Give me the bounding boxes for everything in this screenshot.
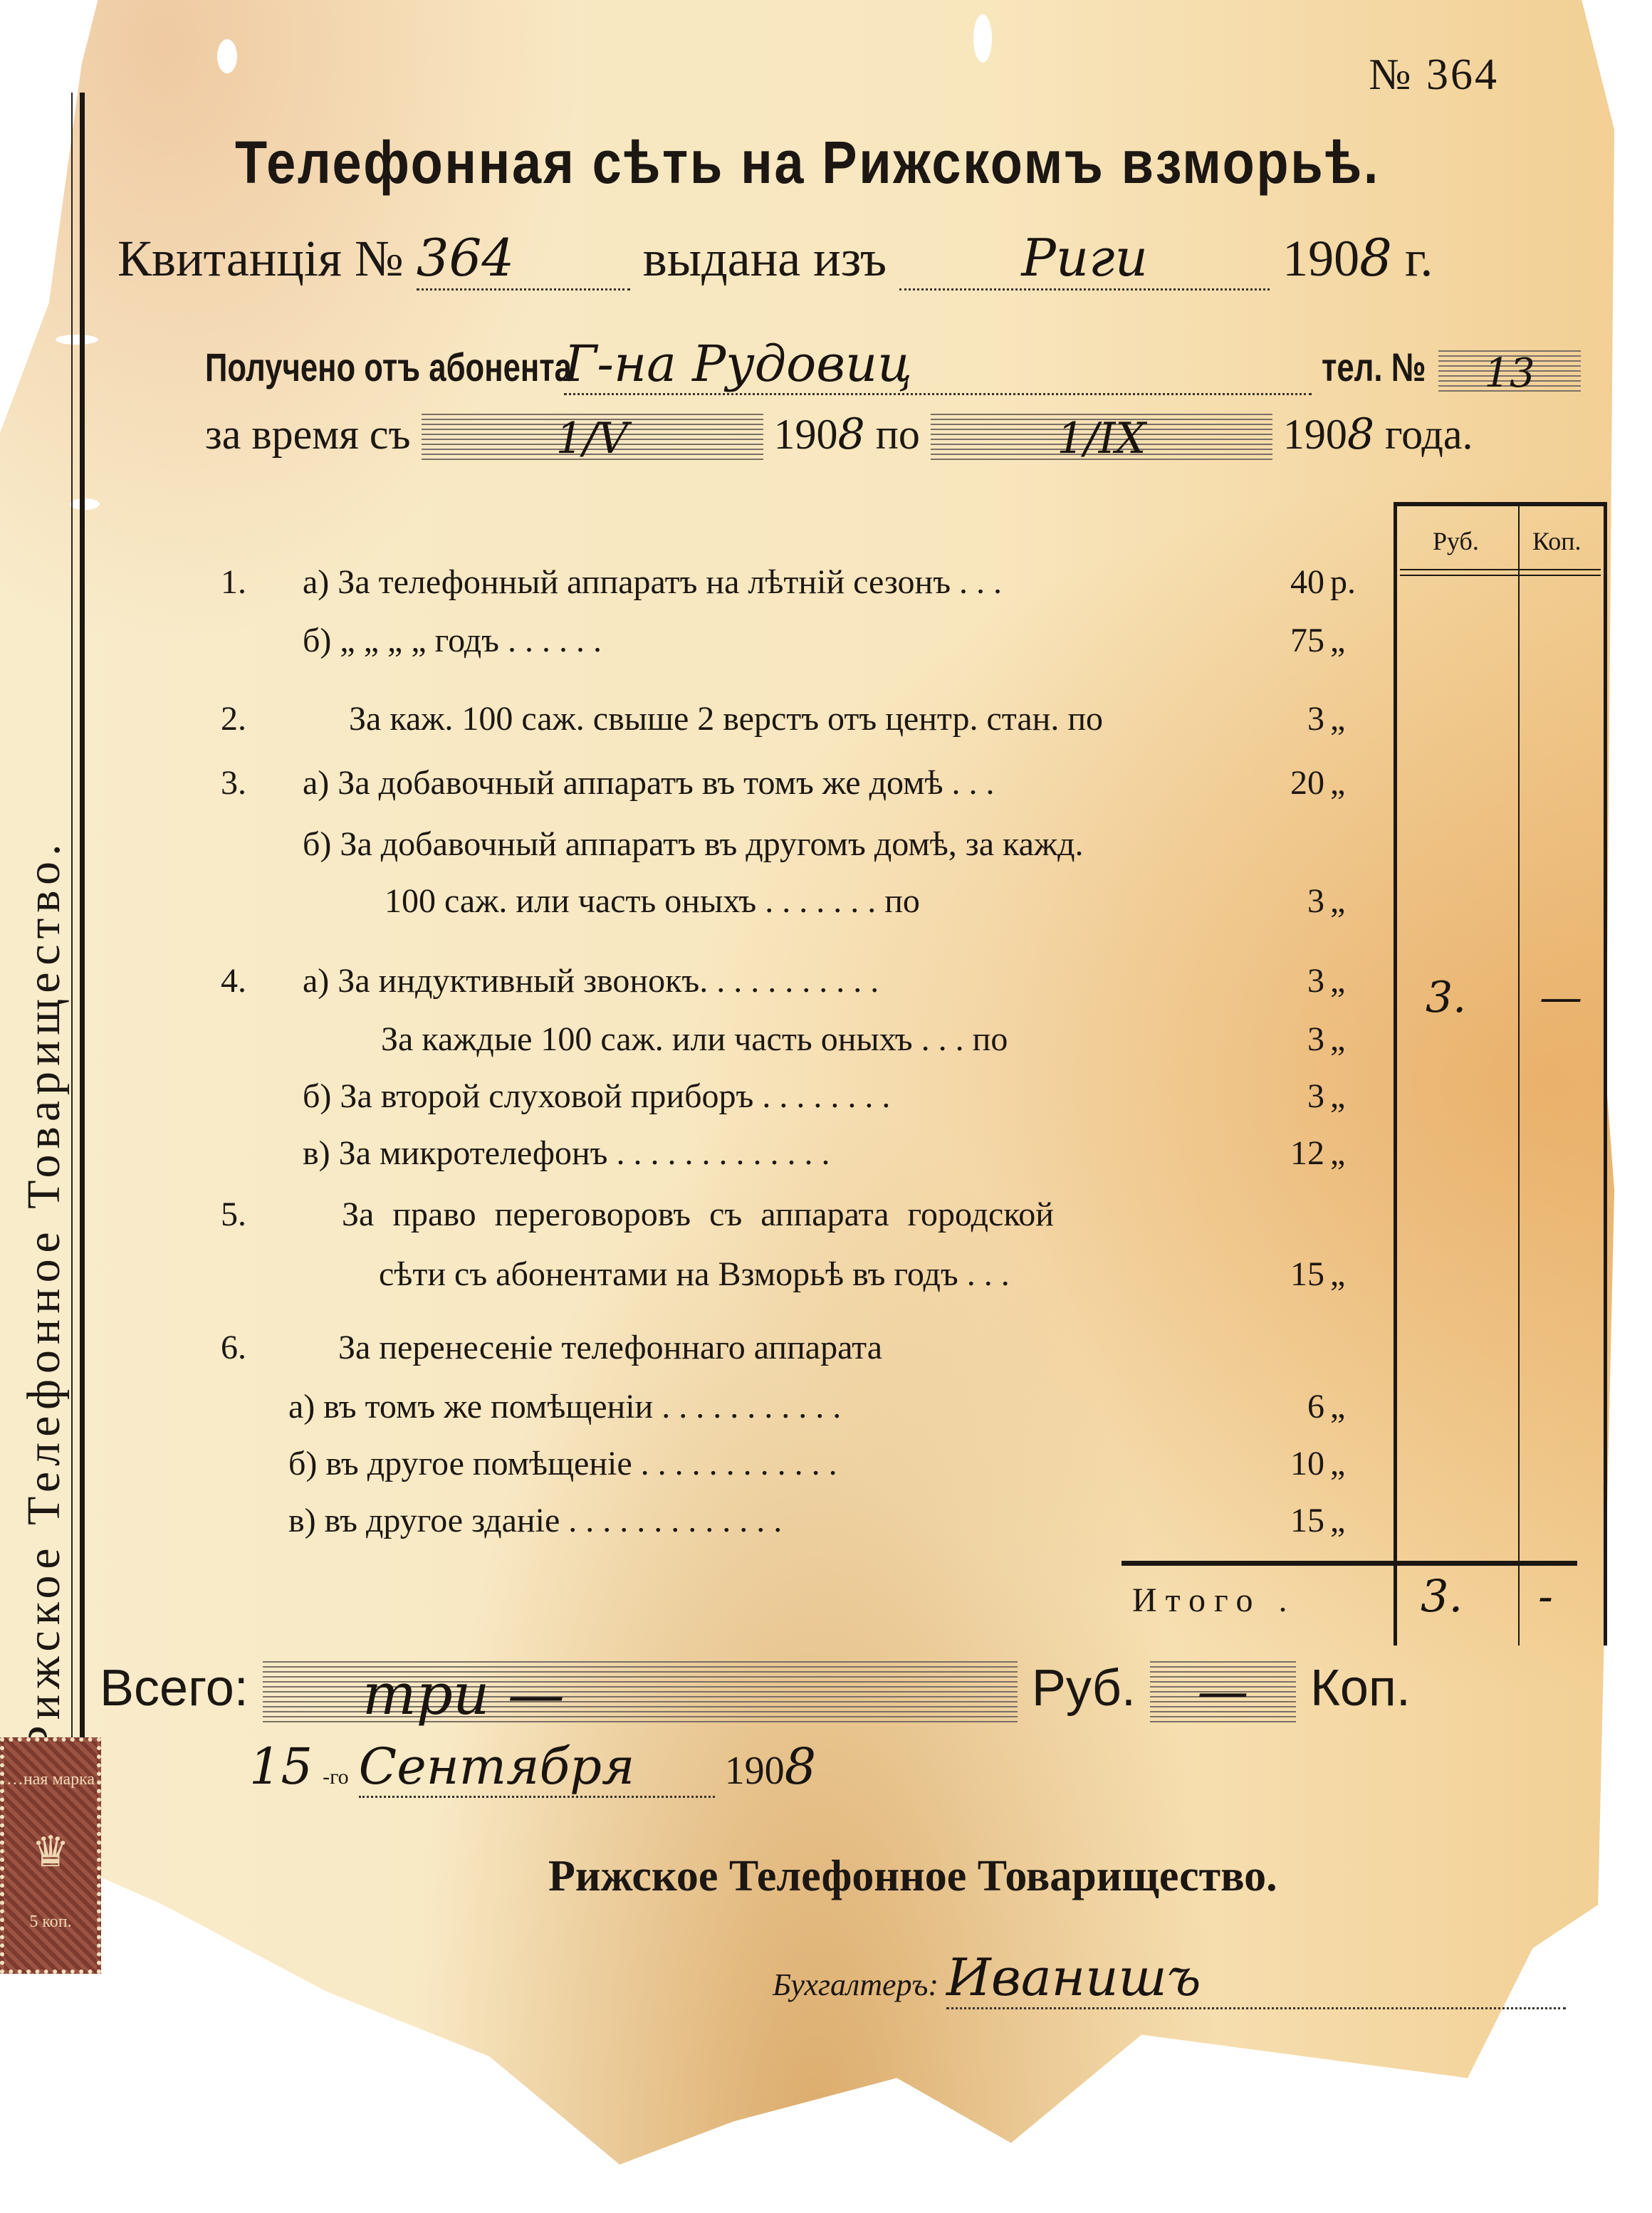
- item-number: 2.: [221, 699, 246, 738]
- receipt-label: Квитанція №: [117, 230, 404, 287]
- item-number: 6.: [221, 1328, 246, 1367]
- item-text: За право переговоровъ съ аппарата городс…: [342, 1195, 1054, 1234]
- stamp-value: 5 коп.: [4, 1913, 97, 1932]
- total-label: Итого .: [1132, 1581, 1296, 1620]
- period-label: за время съ: [205, 411, 411, 458]
- date-month-field[interactable]: Сентября: [359, 1737, 715, 1798]
- item-text: б) въ другое помѣщеніе . . . . . . . . .…: [288, 1444, 837, 1483]
- item-price: 10: [1267, 1444, 1324, 1483]
- punch-hole: [973, 14, 992, 63]
- item-unit: р.: [1330, 563, 1356, 602]
- grand-total-kop-field[interactable]: —: [1150, 1661, 1296, 1722]
- receipt-line: Квитанція № 364 выдана изъ Риги 1908 г.: [117, 228, 1433, 291]
- ledger-divider: [1518, 506, 1520, 1646]
- item-text: 100 саж. или часть оныхъ . . . . . . . п…: [385, 881, 920, 921]
- item-text: б) За второй слуховой приборъ . . . . . …: [303, 1077, 890, 1116]
- year-unit: г.: [1405, 230, 1433, 287]
- from-year-suffix: 8: [838, 409, 865, 459]
- item-unit: „: [1330, 961, 1345, 1000]
- total-kop: -: [1538, 1570, 1553, 1622]
- item-text: сѣти съ абонентами на Взморьѣ въ годъ . …: [379, 1255, 1010, 1294]
- subscriber-label: Получено отъ абонента: [205, 344, 477, 390]
- ledger-header-rub: Руб.: [1433, 526, 1479, 556]
- accountant-signature-field[interactable]: Иванишъ: [946, 1947, 1566, 2009]
- revenue-stamp: …ная марка ♛ 5 коп.: [0, 1737, 101, 1974]
- punch-hole: [70, 498, 100, 510]
- place-value: Риги: [1021, 228, 1148, 288]
- accountant-label: Бухгалтеръ:: [773, 1967, 939, 2002]
- item-price: 12: [1267, 1134, 1324, 1173]
- to-year-prefix: 190: [1283, 411, 1347, 458]
- date-line: 15 -го Сентября 1908: [249, 1737, 816, 1798]
- ledger-kop-entry: —: [1539, 973, 1582, 1022]
- period-to: 1/IX: [1057, 414, 1146, 464]
- accountant-signature: Иванишъ: [946, 1947, 1201, 2007]
- item-unit: „: [1330, 1444, 1345, 1483]
- document-title: Телефонная сѣть на Рижскомъ взморьѣ.: [235, 128, 1380, 197]
- period-line: за время съ 1/V 1908 по 1/IX 1908 года.: [205, 409, 1473, 464]
- year-suffix: 8: [1359, 228, 1392, 288]
- item-price: 15: [1267, 1501, 1324, 1540]
- item-unit: „: [1330, 1255, 1345, 1294]
- year-prefix: 190: [1282, 230, 1359, 287]
- item-text: За каждые 100 саж. или часть оныхъ . . .…: [381, 1020, 1008, 1059]
- place-field[interactable]: Риги: [899, 228, 1270, 291]
- item-unit: „: [1330, 881, 1345, 921]
- item-unit: „: [1330, 699, 1345, 738]
- item-text: За каж. 100 саж. свыше 2 верстъ отъ цент…: [349, 699, 1103, 738]
- crown-icon: ♛: [4, 1827, 97, 1877]
- from-year-prefix: 190: [774, 411, 838, 458]
- date-month: Сентября: [359, 1737, 635, 1796]
- item-number: 4.: [221, 961, 246, 1000]
- item-price: 40: [1267, 563, 1324, 602]
- punch-hole: [217, 39, 237, 73]
- accountant-line: Бухгалтеръ: Иванишъ: [773, 1947, 1566, 2009]
- stamp-top-text: …ная марка: [4, 1770, 97, 1789]
- ledger-columns: Руб. Коп. 3. —: [1394, 502, 1607, 1646]
- date-year-suffix: 8: [785, 1737, 817, 1796]
- item-price: 3: [1267, 1020, 1324, 1059]
- item-unit: „: [1330, 1387, 1345, 1426]
- tel-number-field[interactable]: 13: [1438, 350, 1581, 393]
- item-price: 15: [1267, 1255, 1324, 1294]
- subscriber-name-field[interactable]: Г-на Рудовиц: [564, 335, 1312, 395]
- item-price: 3: [1267, 699, 1324, 738]
- to-label: по: [876, 411, 920, 458]
- receipt-number: 364: [417, 228, 514, 288]
- total-rub: 3.: [1421, 1570, 1463, 1622]
- ledger-header-double-rule: [1400, 569, 1601, 576]
- period-to-field[interactable]: 1/IX: [931, 414, 1272, 464]
- item-text: в) За микротелефонъ . . . . . . . . . . …: [303, 1134, 830, 1173]
- date-year-prefix: 190: [725, 1749, 785, 1793]
- grand-total-label: Всего:: [100, 1660, 249, 1717]
- item-number: 5.: [221, 1195, 246, 1234]
- item-text: а) За добавочный аппаратъ въ томъ же дом…: [303, 763, 995, 802]
- to-year-suffix: 8: [1347, 409, 1374, 459]
- period-from: 1/V: [556, 414, 629, 464]
- serial-number: № 364: [1369, 50, 1499, 100]
- item-unit: „: [1330, 1501, 1345, 1540]
- item-price: 6: [1267, 1387, 1324, 1426]
- grand-total-rub-label: Руб.: [1032, 1660, 1136, 1717]
- subscriber-line: Получено отъ абонента Г-на Рудовиц тел. …: [205, 335, 1581, 395]
- item-unit: „: [1330, 1020, 1345, 1059]
- item-text: б) „ „ „ „ годъ . . . . . .: [303, 621, 602, 660]
- tel-number: 13: [1484, 350, 1535, 397]
- total-rule: [1122, 1561, 1577, 1566]
- item-unit: „: [1330, 763, 1345, 802]
- item-text: а) За индуктивный звонокъ. . . . . . . .…: [303, 961, 879, 1000]
- item-text: а) За телефонный аппаратъ на лѣтній сезо…: [303, 563, 1002, 602]
- item-price: 75: [1267, 621, 1324, 660]
- item-unit: „: [1330, 621, 1345, 660]
- date-day: 15: [249, 1737, 313, 1796]
- subscriber-name: Г-на Рудовиц: [564, 335, 912, 393]
- item-price: 20: [1267, 763, 1324, 802]
- item-number: 1.: [221, 563, 246, 602]
- receipt-number-field[interactable]: 364: [417, 228, 630, 291]
- item-number: 3.: [221, 763, 246, 802]
- item-unit: „: [1330, 1134, 1345, 1173]
- issuer-name: Рижское Телефонное Товарищество.: [548, 1851, 1277, 1902]
- ledger-header-kop: Коп.: [1532, 526, 1581, 556]
- period-from-field[interactable]: 1/V: [422, 414, 763, 464]
- grand-total-kop-label: Коп.: [1310, 1660, 1411, 1717]
- tel-label: тел. №: [1322, 344, 1405, 390]
- issued-label: выдана изъ: [643, 230, 887, 287]
- item-price: 3: [1267, 881, 1324, 921]
- ledger-rub-entry: 3.: [1426, 973, 1466, 1022]
- item-text: а) въ томъ же помѣщеніи . . . . . . . . …: [288, 1387, 841, 1426]
- item-unit: „: [1330, 1077, 1345, 1116]
- grand-total-amount-field[interactable]: три —: [263, 1661, 1018, 1722]
- grand-total-amount: три —: [263, 1661, 565, 1727]
- margin-rule-thick: [80, 93, 85, 1759]
- grand-total-kop-value: —: [1197, 1661, 1248, 1721]
- item-text: За перенесеніе телефоннаго аппарата: [338, 1328, 882, 1367]
- period-unit: года.: [1385, 411, 1473, 458]
- item-text: в) въ другое зданіе . . . . . . . . . . …: [288, 1501, 782, 1540]
- vertical-margin-text: Рижское Телефонное Товарищество.: [17, 256, 74, 1752]
- item-price: 3: [1267, 961, 1324, 1000]
- date-day-suffix: -го: [323, 1765, 349, 1789]
- item-price: 3: [1267, 1077, 1324, 1116]
- grand-total-line: Всего: три — Руб. — Коп.: [100, 1659, 1411, 1722]
- item-text: б) За добавочный аппаратъ въ другомъ дом…: [303, 825, 1084, 864]
